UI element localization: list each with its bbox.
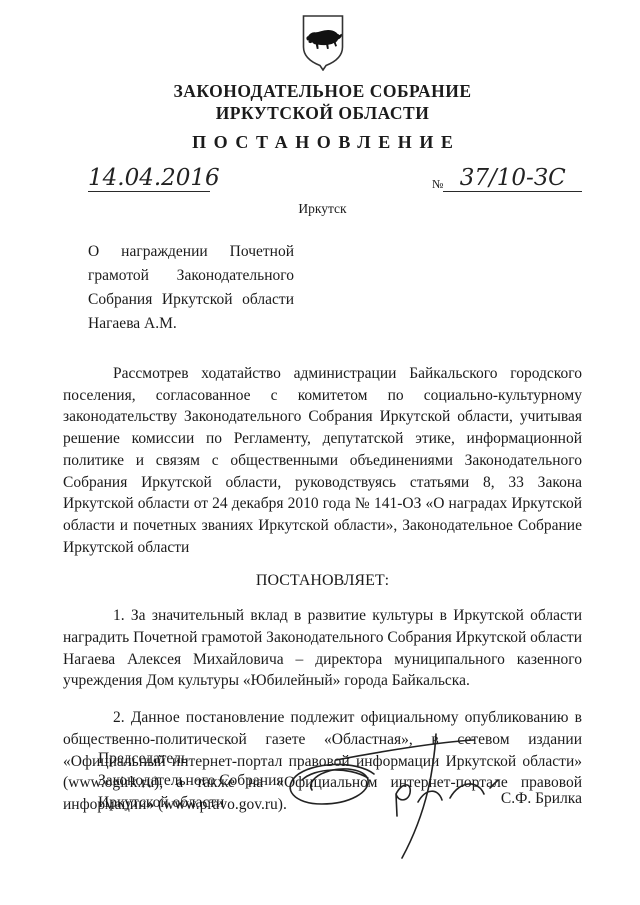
document-type-title: ПОСТАНОВЛЕНИЕ (63, 130, 582, 154)
subject-block: О награждении Почетной грамотой Законода… (88, 240, 294, 336)
coat-of-arms (63, 14, 582, 71)
preamble-paragraph: Рассмотрев ходатайство администрации Бай… (63, 363, 582, 558)
number-sign: № (432, 177, 443, 192)
handwritten-number: 37/10-ЗС (460, 165, 566, 191)
decree-document-page: ЗАКОНОДАТЕЛЬНОЕ СОБРАНИЕ ИРКУТСКОЙ ОБЛАС… (0, 0, 640, 905)
document-content: ЗАКОНОДАТЕЛЬНОЕ СОБРАНИЕ ИРКУТСКОЙ ОБЛАС… (63, 14, 582, 816)
handwritten-date: 14.04.2016 (88, 165, 220, 191)
org-name-line1: ЗАКОНОДАТЕЛЬНОЕ СОБРАНИЕ (63, 80, 582, 102)
irkutsk-oblast-coat-of-arms-icon (300, 14, 346, 71)
date-number-row: 14.04.2016 № 37/10-ЗС (63, 156, 582, 192)
number-underline: 37/10-ЗС (443, 165, 582, 192)
city-label: Иркутск (63, 201, 582, 217)
number-field: № 37/10-ЗС (432, 165, 582, 192)
decree-item-1: 1. За значительный вклад в развитие куль… (63, 605, 582, 692)
handwritten-signature (278, 732, 514, 862)
org-name-line2: ИРКУТСКОЙ ОБЛАСТИ (63, 102, 582, 124)
resolves-heading: ПОСТАНОВЛЯЕТ: (63, 572, 582, 590)
date-field: 14.04.2016 (88, 165, 210, 192)
